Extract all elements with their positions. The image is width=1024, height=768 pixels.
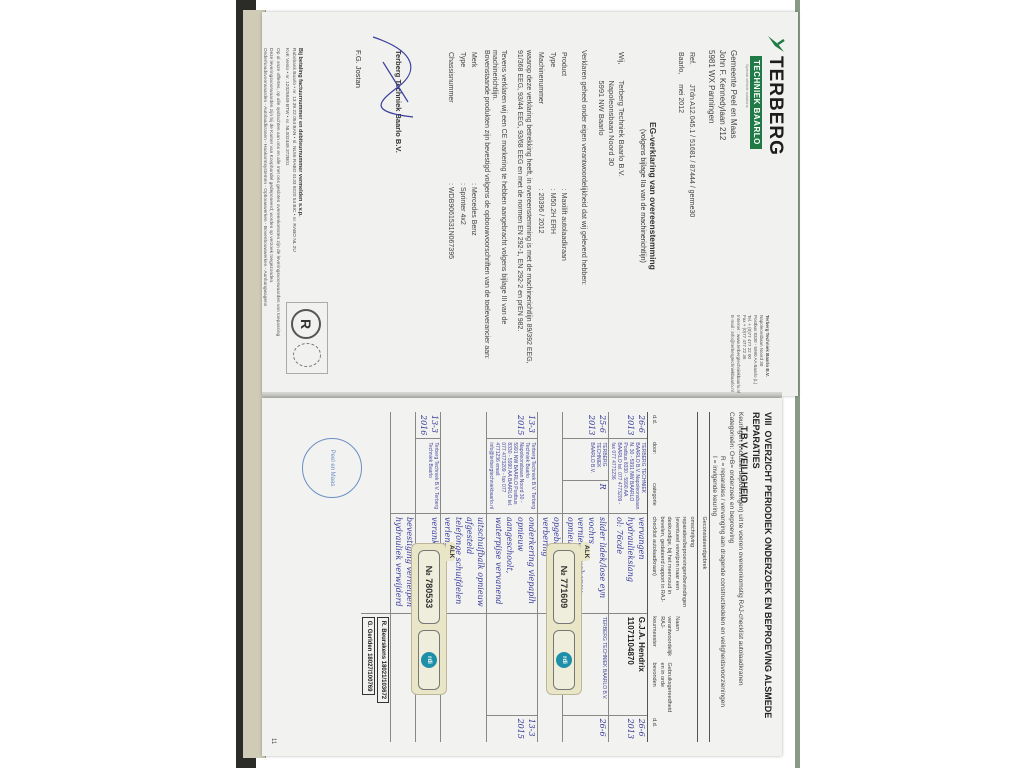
col-description: omschrijving reparaties/beproevingen/bev… [648, 514, 698, 614]
letterhead-contact: Terberg Techniek Baarlo B.V. Napoleonsba… [730, 315, 770, 395]
section-label: Geconstateerdgebrek [697, 514, 709, 614]
municipality-stamp: Peel en Maas [302, 438, 362, 498]
terberg-logo: TERBERG TECHNIEK BAARLO Special vehicle … [744, 34, 788, 156]
ce-marking-text: Tevens verklaren wij een CE markering te… [489, 50, 508, 370]
col-inspector: Naam verantwoordelijk RAJ-keurmeester [648, 613, 698, 659]
logo-name: TERBERG [762, 56, 788, 156]
inspection-log-content: VIII OVERZICHT PERIODIEK ONDERZOEK EN BE… [262, 398, 782, 756]
table-row: R. Beurskens 18021/103672 G. Gerlden 180… [361, 412, 390, 742]
certification-marks: R [286, 302, 328, 374]
category-legend: Keuringen (inclusief beproevingen) uit t… [709, 412, 744, 707]
rdi-logo-icon: rdi [421, 652, 437, 668]
declaration-text: Verklaren geheel onder eigen verantwoord… [579, 50, 588, 370]
declaration-content: TERBERG TECHNIEK BAARLO Special vehicle … [262, 12, 798, 396]
inspector-stamp: R. Beurskens 18021/103672 [377, 617, 389, 703]
col-date: d.d. [648, 412, 698, 439]
document-title: EG-verklaring van overeenstemming (volge… [637, 122, 658, 270]
certification-seal-icon [293, 343, 321, 367]
page-number: 11 [269, 738, 277, 744]
background-left [0, 0, 236, 768]
rdi-logo-icon: rdi [556, 652, 572, 668]
signature-scribble [363, 32, 423, 122]
issuer-block: Wij, Terberg Techniek Baarlo B.V.Napoleo… [594, 50, 628, 193]
table-row: uitschuifbalk opnieuw afgesteldtelefonge… [440, 412, 486, 742]
sticker-number: № 771609 [553, 550, 575, 624]
inspection-sticker: ALK № 771609 rdi [546, 543, 582, 695]
conformity-text: waarop deze verklaring betrekking heeft,… [514, 50, 533, 370]
table-row: 13-3 2015 Terberg Techniek B.V. Terberg … [486, 412, 537, 742]
col-approved-date: d.d. [648, 715, 698, 742]
col-by: door: [648, 439, 698, 480]
mounting-text: Bovenstaande produkten zijn bevestigd vo… [482, 50, 491, 370]
inspector-stamp: G.J.A. Hendrix 11071104870 [609, 613, 648, 715]
col-category: categorie [648, 480, 698, 513]
product-spec: Product: Maxilift autolaadkraan Type: M5… [534, 50, 570, 370]
vehicle-spec: Merk: Mercedes Benz Type: Sprinter 4x2 C… [444, 50, 480, 370]
logo-subtitle: TECHNIEK BAARLO [750, 56, 763, 149]
sticker-number: № 780533 [418, 550, 440, 624]
terberg-arrow-icon [766, 34, 786, 54]
table-row: 26-6 2013 TERBERG TECHNIEK BAARLO B.V. N… [609, 412, 648, 742]
inspector-stamp: G. Gerlden 18027/100769 [362, 617, 374, 696]
inspection-sticker: ALK № 780533 rdi [411, 543, 447, 695]
reference-block: Ref.JTdn A12.045.1 / 51681 / 87444 / ger… [673, 50, 698, 227]
recipient-address: Gemeente Peel en Maas John F. Kennedylaa… [706, 50, 738, 140]
col-approved: Gebruiksgereedheid en in orde bevonden [648, 660, 698, 716]
registered-mark-icon: R [291, 309, 321, 339]
background-right [800, 0, 1024, 768]
